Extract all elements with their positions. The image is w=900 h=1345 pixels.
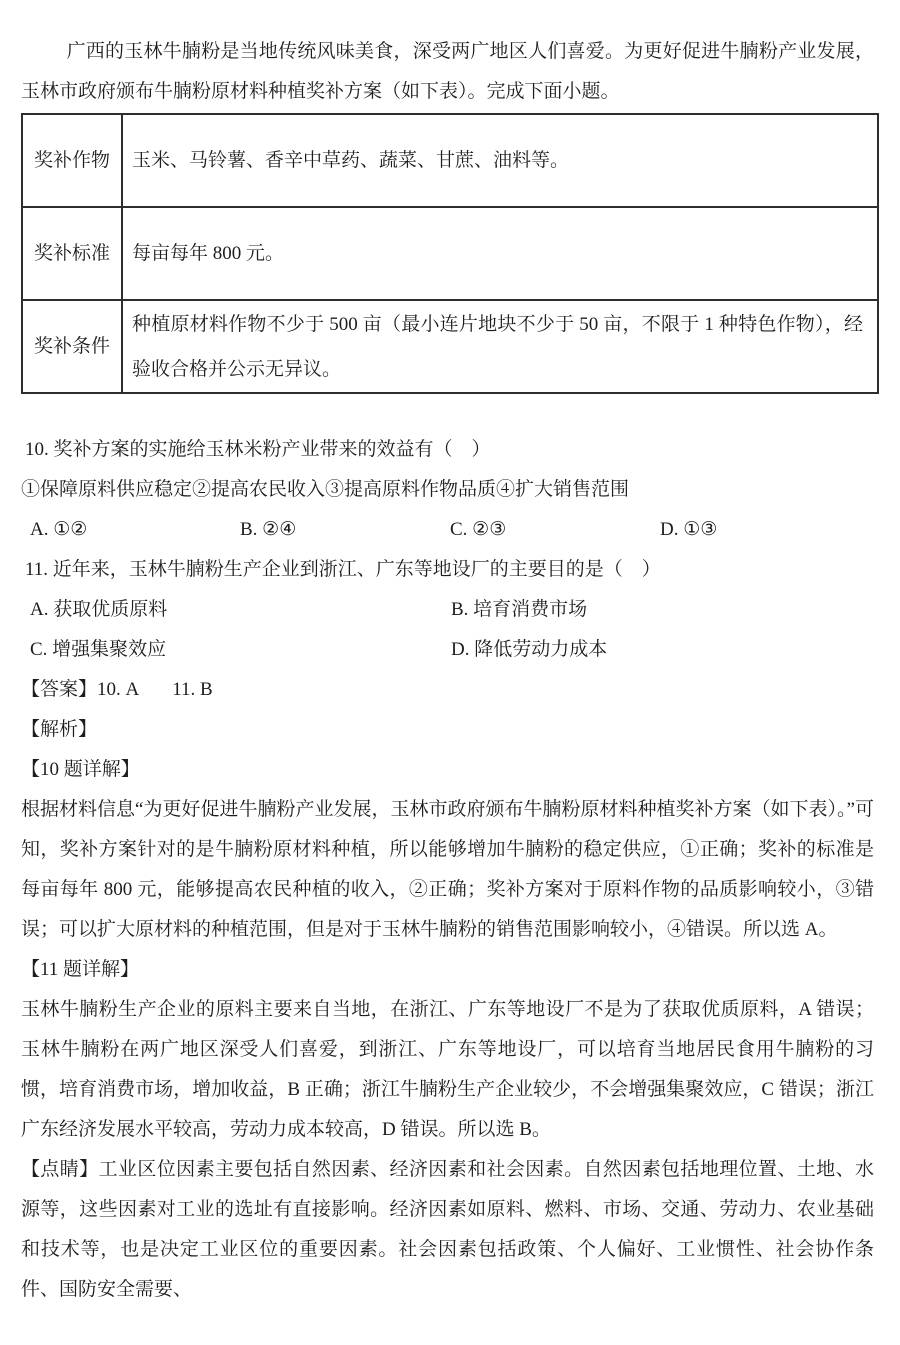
table-row: 奖补作物 玉米、马铃薯、香辛中草药、蔬菜、甘蔗、油料等。 <box>22 114 878 207</box>
row-content: 每亩每年 800 元。 <box>122 207 878 300</box>
option-10-c: C. ②③ <box>450 510 660 550</box>
detail-10-heading: 【10 题详解】 <box>21 750 874 790</box>
table-row: 奖补条件 种植原材料作物不少于 500 亩（最小连片地块不少于 50 亩，不限于… <box>22 300 878 393</box>
detail-11-paragraph: 玉林牛腩粉生产企业的原料主要来自当地，在浙江、广东等地设厂不是为了获取优质原料，… <box>21 990 874 1150</box>
answer-line: 【答案】10. A11. B <box>21 670 874 710</box>
table-row: 奖补标准 每亩每年 800 元。 <box>22 207 878 300</box>
answer-q11: 11. B <box>172 679 212 700</box>
document-page: 广西的玉林牛腩粉是当地传统风味美食，深受两广地区人们喜爱。为更好促进牛腩粉产业发… <box>0 0 900 1345</box>
option-11-a: A. 获取优质原料 <box>30 590 451 630</box>
row-content: 种植原材料作物不少于 500 亩（最小连片地块不少于 50 亩，不限于 1 种特… <box>122 300 878 393</box>
subsidy-table: 奖补作物 玉米、马铃薯、香辛中草药、蔬菜、甘蔗、油料等。 奖补标准 每亩每年 8… <box>21 113 879 394</box>
row-label: 奖补作物 <box>22 114 122 207</box>
option-11-b: B. 培育消费市场 <box>451 590 874 630</box>
analysis-label: 【解析】 <box>21 710 874 750</box>
question-11-text: 近年来，玉林牛腩粉生产企业到浙江、广东等地设厂的主要目的是（ ） <box>53 559 661 580</box>
question-10: 10. 奖补方案的实施给玉林米粉产业带来的效益有（ ） <box>25 430 874 470</box>
question-10-text: 奖补方案的实施给玉林米粉产业带来的效益有（ ） <box>54 439 491 460</box>
tip-text: 工业区位因素主要包括自然因素、经济因素和社会因素。自然因素包括地理位置、土地、水… <box>21 1159 874 1300</box>
question-10-options: A. ①② B. ②④ C. ②③ D. ①③ <box>21 510 874 550</box>
row-label: 奖补标准 <box>22 207 122 300</box>
document-content: 广西的玉林牛腩粉是当地传统风味美食，深受两广地区人们喜爱。为更好促进牛腩粉产业发… <box>0 32 900 1310</box>
question-11-options-row-2: C. 增强集聚效应 D. 降低劳动力成本 <box>21 630 874 670</box>
detail-11-heading: 【11 题详解】 <box>21 950 874 990</box>
option-11-c: C. 增强集聚效应 <box>30 630 451 670</box>
question-11-number: 11. <box>25 559 48 580</box>
question-11: 11. 近年来，玉林牛腩粉生产企业到浙江、广东等地设厂的主要目的是（ ） <box>25 550 874 590</box>
answer-q10: 10. A <box>97 679 139 700</box>
intro-paragraph: 广西的玉林牛腩粉是当地传统风味美食，深受两广地区人们喜爱。为更好促进牛腩粉产业发… <box>21 32 874 112</box>
answer-label: 【答案】 <box>21 679 97 700</box>
option-10-b: B. ②④ <box>240 510 450 550</box>
question-11-options-row-1: A. 获取优质原料 B. 培育消费市场 <box>21 590 874 630</box>
option-10-a: A. ①② <box>30 510 240 550</box>
detail-10-paragraph: 根据材料信息“为更好促进牛腩粉产业发展，玉林市政府颁布牛腩粉原材料种植奖补方案（… <box>21 790 874 950</box>
tip-label: 【点睛】 <box>21 1159 99 1180</box>
row-content: 玉米、马铃薯、香辛中草药、蔬菜、甘蔗、油料等。 <box>122 114 878 207</box>
question-10-statements: ①保障原料供应稳定②提高农民收入③提高原料作物品质④扩大销售范围 <box>21 470 874 510</box>
question-10-number: 10. <box>25 439 49 460</box>
option-10-d: D. ①③ <box>660 510 874 550</box>
tip-paragraph: 【点睛】工业区位因素主要包括自然因素、经济因素和社会因素。自然因素包括地理位置、… <box>21 1150 874 1310</box>
option-11-d: D. 降低劳动力成本 <box>451 630 874 670</box>
row-label: 奖补条件 <box>22 300 122 393</box>
